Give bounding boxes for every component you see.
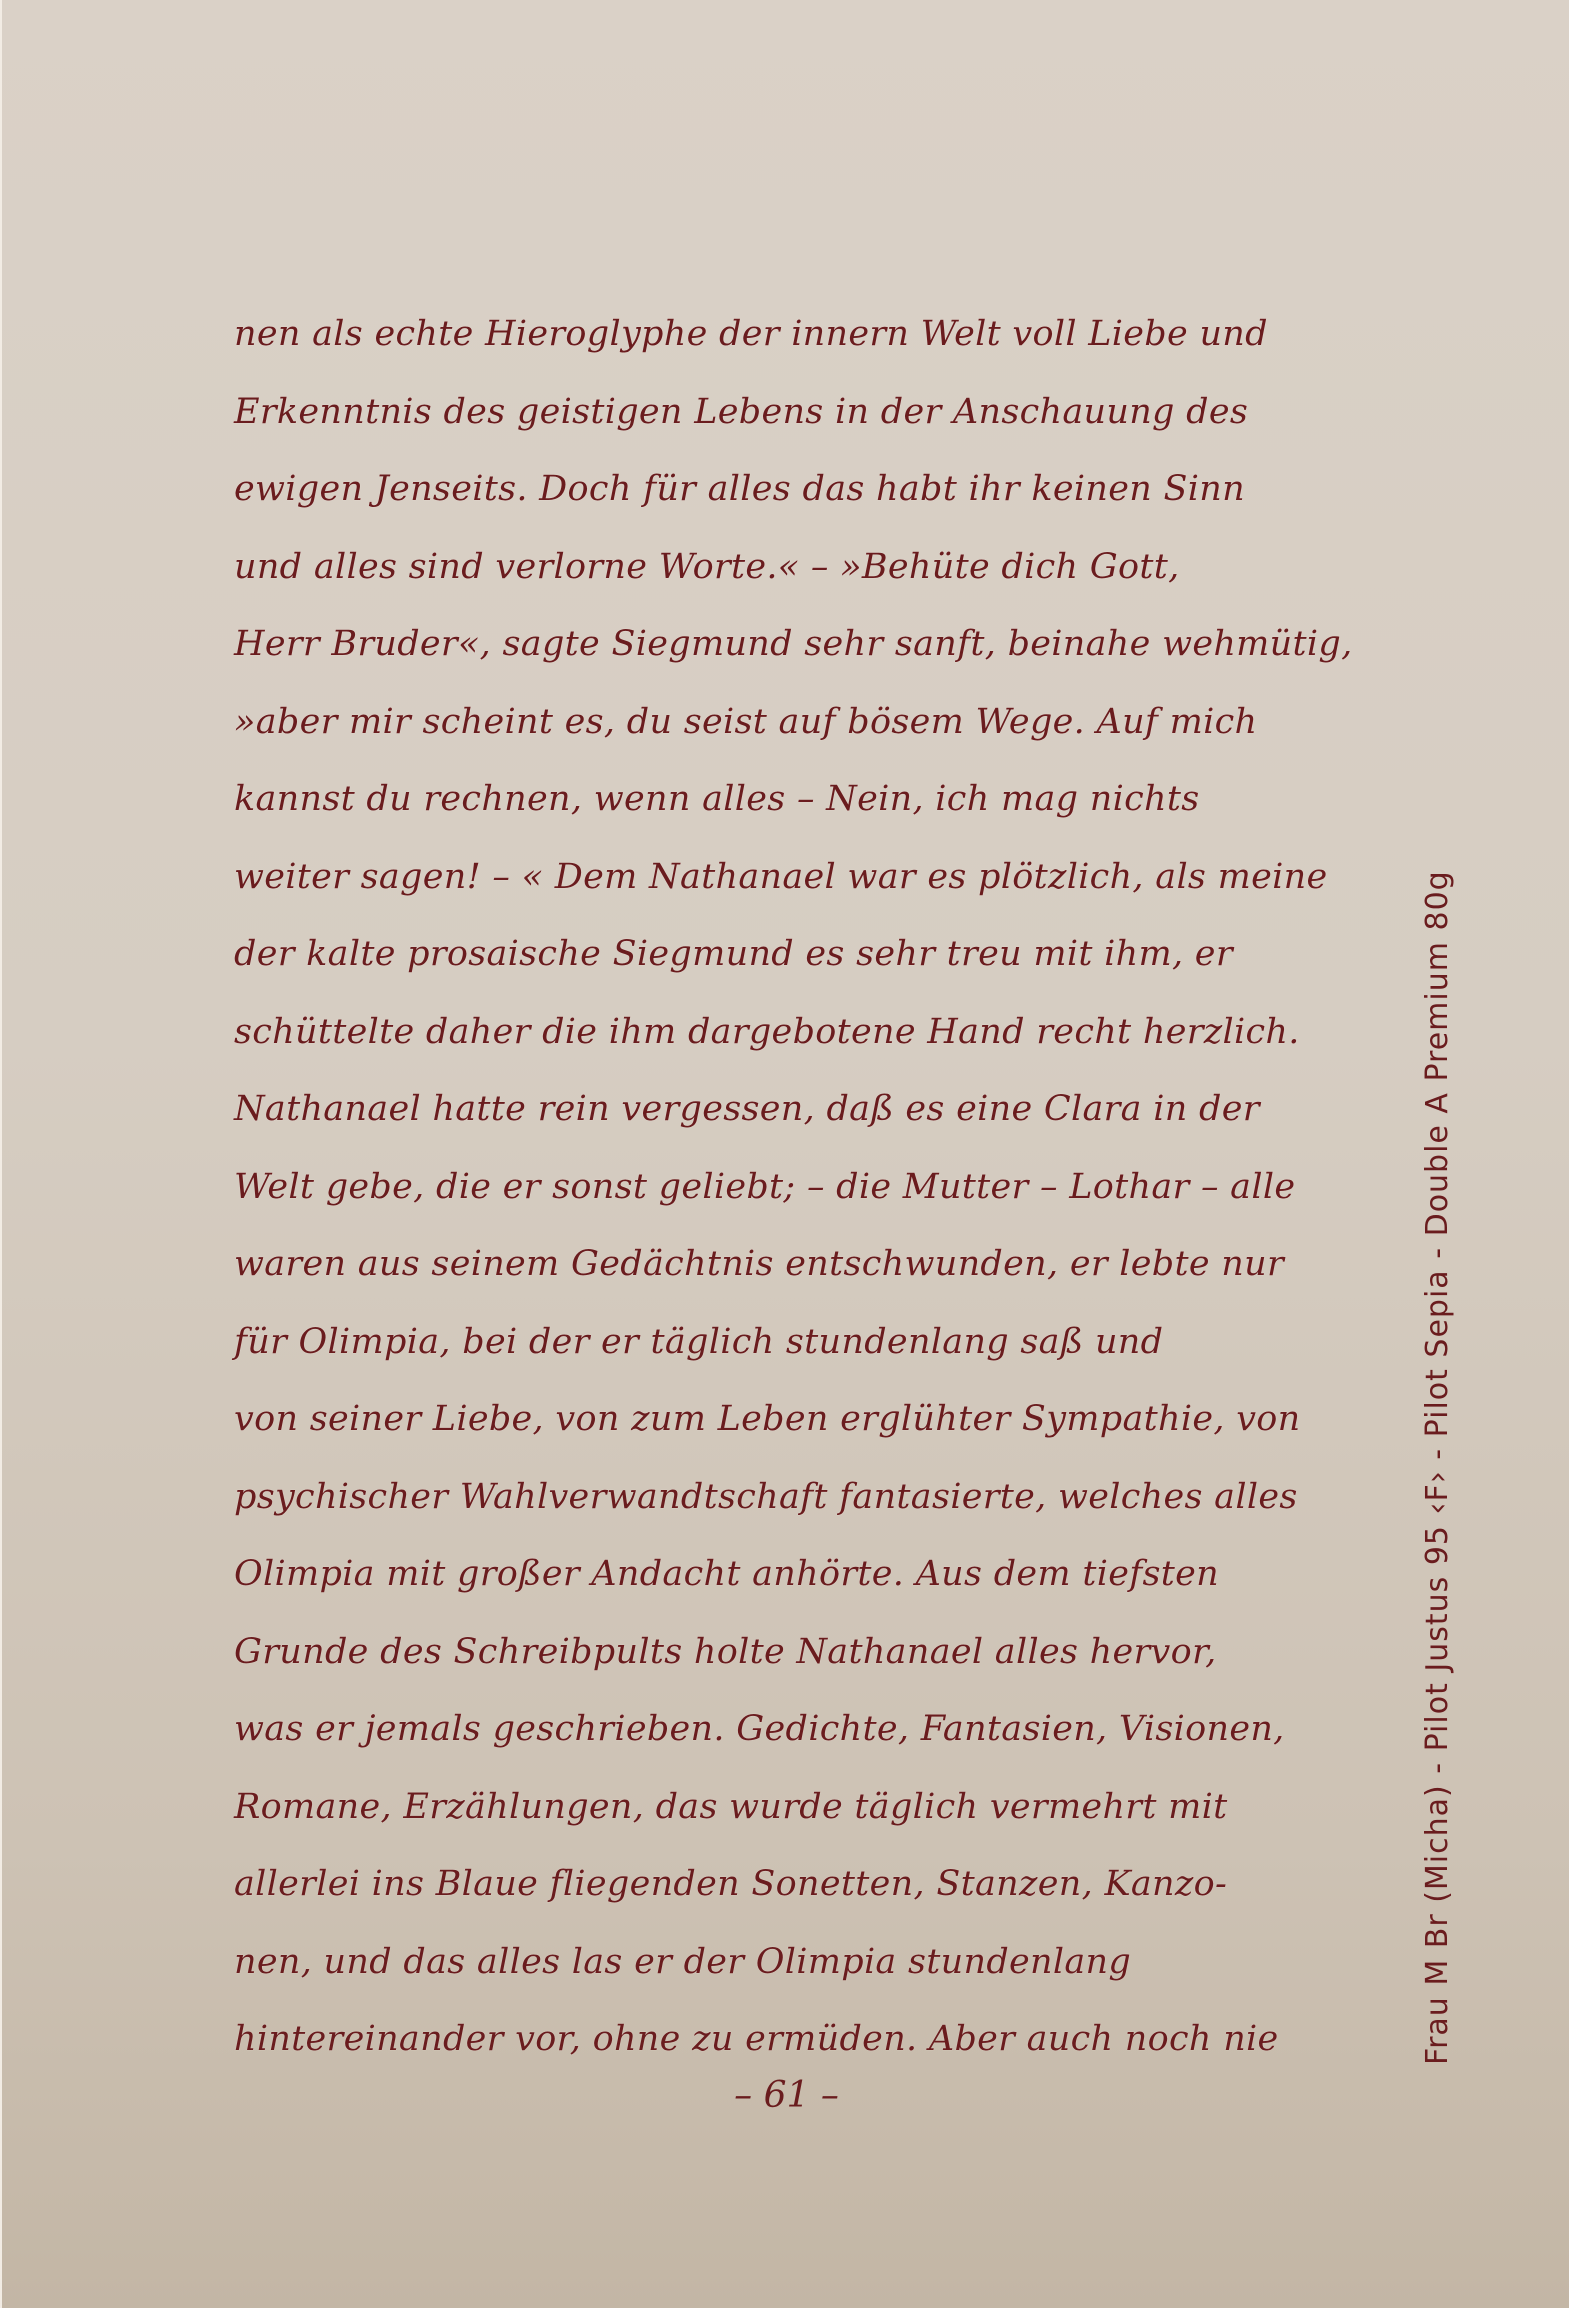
text-line-5: Herr Bruder«, sagte Siegmund sehr sanft,… — [234, 606, 1354, 684]
text-line-15: von seiner Liebe, von zum Leben erglühte… — [234, 1381, 1354, 1459]
text-line-4: und alles sind verlorne Worte.« – »Behüt… — [234, 529, 1354, 607]
text-line-18: Grunde des Schreibpults holte Nathanael … — [234, 1614, 1354, 1692]
text-line-13: waren aus seinem Gedächtnis entschwunden… — [234, 1226, 1354, 1304]
text-line-21: allerlei ins Blaue fliegenden Sonetten, … — [234, 1846, 1354, 1924]
text-line-7: kannst du rechnen, wenn alles – Nein, ic… — [234, 761, 1354, 839]
margin-note-vertical: Frau M Br (Micha) - Pilot Justus 95 ‹F› … — [1420, 870, 1455, 2065]
text-line-1: nen als echte Hieroglyphe der innern Wel… — [234, 296, 1354, 374]
text-line-6: »aber mir scheint es, du seist auf bösem… — [234, 684, 1354, 762]
text-line-17: Olimpia mit großer Andacht anhörte. Aus … — [234, 1536, 1354, 1614]
manuscript-body: nen als echte Hieroglyphe der innern Wel… — [234, 296, 1354, 2079]
text-line-10: schüttelte daher die ihm dargebotene Han… — [234, 994, 1354, 1072]
text-line-22: nen, und das alles las er der Olimpia st… — [234, 1924, 1354, 2002]
text-line-9: der kalte prosaische Siegmund es sehr tr… — [234, 916, 1354, 994]
manuscript-page: nen als echte Hieroglyphe der innern Wel… — [0, 0, 1569, 2308]
text-line-16: psychischer Wahlverwandtschaft fantasier… — [234, 1459, 1354, 1537]
text-line-20: Romane, Erzählungen, das wurde täglich v… — [234, 1769, 1354, 1847]
text-line-23: hintereinander vor, ohne zu ermüden. Abe… — [234, 2001, 1354, 2079]
text-line-8: weiter sagen! – « Dem Nathanael war es p… — [234, 839, 1354, 917]
text-line-11: Nathanael hatte rein vergessen, daß es e… — [234, 1071, 1354, 1149]
page-number: – 61 – — [2, 2075, 1569, 2116]
text-line-19: was er jemals geschrieben. Gedichte, Fan… — [234, 1691, 1354, 1769]
text-line-2: Erkenntnis des geistigen Lebens in der A… — [234, 374, 1354, 452]
text-line-3: ewigen Jenseits. Doch für alles das habt… — [234, 451, 1354, 529]
text-line-12: Welt gebe, die er sonst geliebt; – die M… — [234, 1149, 1354, 1227]
text-line-14: für Olimpia, bei der er täglich stundenl… — [234, 1304, 1354, 1382]
